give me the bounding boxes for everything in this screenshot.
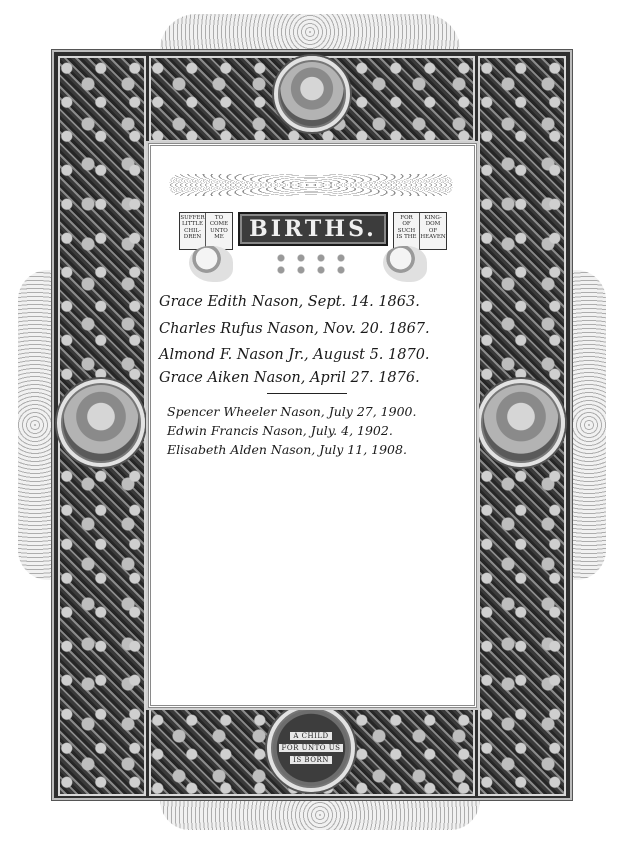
book-left-page-b: TOCOME UNTOME [206, 213, 232, 249]
book-left-page-a: SUFFERLITTLE CHIL-DREN [180, 213, 206, 249]
entries-group-2: Spencer Wheeler Nason, July 27, 1900. Ed… [159, 402, 469, 459]
top-scroll-crest [160, 14, 460, 50]
birth-entry: Almond F. Nason Jr., August 5. 1870. [159, 343, 469, 367]
cherub-right-icon [383, 246, 427, 282]
vine-ornament [169, 174, 453, 196]
birth-entry: Edwin Francis Nason, July. 4, 1902. [159, 421, 469, 440]
bottom-scroll-crest [160, 800, 480, 830]
open-book-right: FOROF SUCHIS THE KING-DOM OFHEAVEN [393, 212, 447, 250]
madonna-medallion [477, 379, 565, 467]
birth-entry: Grace Edith Nason, Sept. 14. 1863. [159, 289, 469, 316]
nativity-medallion [57, 379, 145, 467]
ribbon-top: A CHILD [290, 732, 331, 740]
birth-entry: Charles Rufus Nason, Nov. 20. 1867. [159, 316, 469, 343]
rose-sprig-ornament [271, 252, 351, 276]
left-scroll-crest [18, 270, 52, 580]
page-title: BIRTHS. [249, 216, 377, 242]
entries-group-1: Grace Edith Nason, Sept. 14. 1863. Charl… [159, 289, 469, 389]
births-banner: SUFFERLITTLE CHIL-DREN TOCOME UNTOME BIR… [161, 166, 461, 281]
book-right-page-b: KING-DOM OFHEAVEN [420, 213, 446, 249]
births-title-plaque: BIRTHS. [238, 212, 388, 246]
birth-entry: Grace Aiken Nason, April 27. 1876. [159, 367, 469, 389]
cherub-left-icon [189, 246, 233, 282]
ribbon-left: FOR UNTO US [279, 744, 344, 752]
birth-entry: Elisabeth Alden Nason, July 11, 1908. [159, 440, 469, 459]
right-scroll-crest [572, 270, 606, 580]
christ-portrait-medallion [274, 56, 350, 132]
book-right-page-a: FOROF SUCHIS THE [394, 213, 420, 249]
child-born-medallion: A CHILD FOR UNTO US IS BORN [267, 704, 355, 792]
entries-divider [267, 393, 347, 394]
open-book-left: SUFFERLITTLE CHIL-DREN TOCOME UNTOME [179, 212, 233, 250]
ribbon-right: IS BORN [290, 756, 332, 764]
births-register-page: SUFFERLITTLE CHIL-DREN TOCOME UNTOME BIR… [148, 143, 477, 708]
birth-entry: Spencer Wheeler Nason, July 27, 1900. [159, 402, 469, 421]
birth-entries: Grace Edith Nason, Sept. 14. 1863. Charl… [159, 289, 469, 459]
